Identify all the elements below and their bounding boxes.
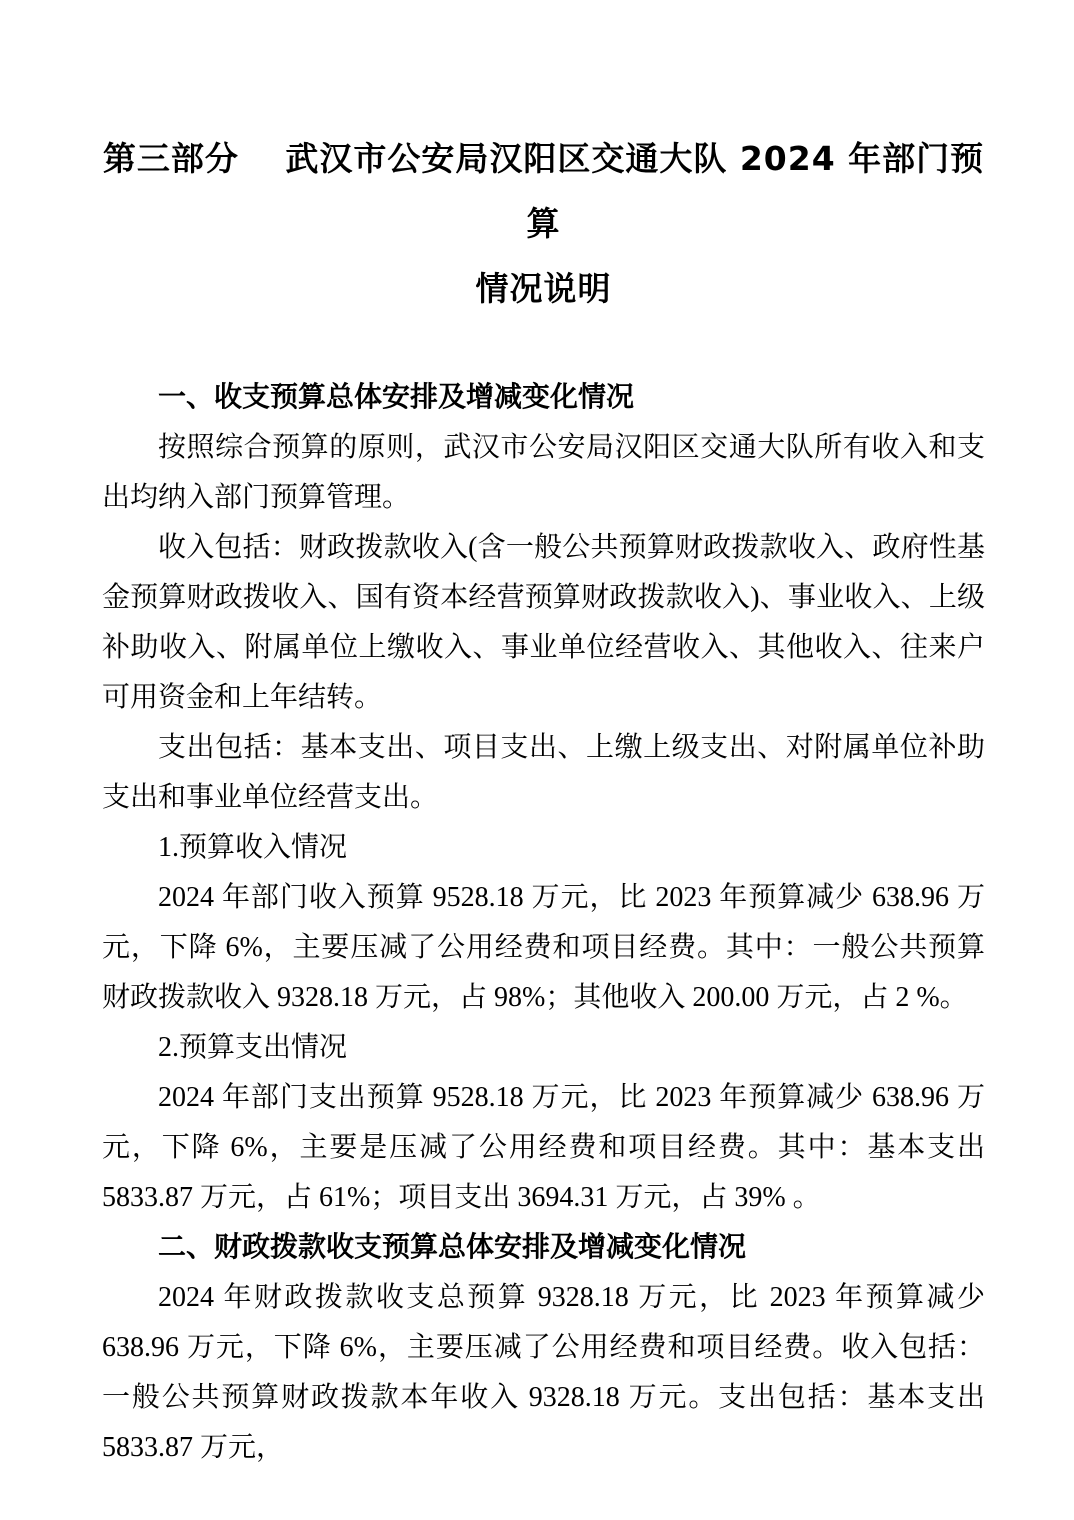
document-page: 第三部分 武汉市公安局汉阳区交通大队 2024 年部门预算 情况说明 一、收支预… bbox=[0, 0, 1074, 1520]
section-heading-fiscal-appropriation-overview: 二、财政拨款收支预算总体安排及增减变化情况 bbox=[102, 1223, 985, 1273]
paragraph-budget-expenditure-detail: 2024 年部门支出预算 9528.18 万元，比 2023 年预算减少 638… bbox=[102, 1073, 985, 1223]
section-heading-income-expenditure-overview: 一、收支预算总体安排及增减变化情况 bbox=[102, 373, 985, 423]
subheading-budget-income-situation: 1.预算收入情况 bbox=[102, 823, 985, 873]
subheading-budget-expenditure-situation: 2.预算支出情况 bbox=[102, 1023, 985, 1073]
document-title-line-1: 第三部分 武汉市公安局汉阳区交通大队 2024 年部门预算 bbox=[102, 126, 985, 256]
document-title: 第三部分 武汉市公安局汉阳区交通大队 2024 年部门预算 情况说明 bbox=[102, 126, 985, 321]
paragraph-comprehensive-budget-principle: 按照综合预算的原则，武汉市公安局汉阳区交通大队所有收入和支出均纳入部门预算管理。 bbox=[102, 423, 985, 523]
paragraph-fiscal-appropriation-detail: 2024 年财政拨款收支总预算 9328.18 万元，比 2023 年预算减少 … bbox=[102, 1273, 985, 1473]
paragraph-income-includes: 收入包括：财政拨款收入(含一般公共预算财政拨款收入、政府性基金预算财政拨收入、国… bbox=[102, 523, 985, 723]
paragraph-budget-income-detail: 2024 年部门收入预算 9528.18 万元，比 2023 年预算减少 638… bbox=[102, 873, 985, 1023]
paragraph-expenditure-includes: 支出包括：基本支出、项目支出、上缴上级支出、对附属单位补助支出和事业单位经营支出… bbox=[102, 723, 985, 823]
document-title-line-2: 情况说明 bbox=[102, 256, 985, 321]
